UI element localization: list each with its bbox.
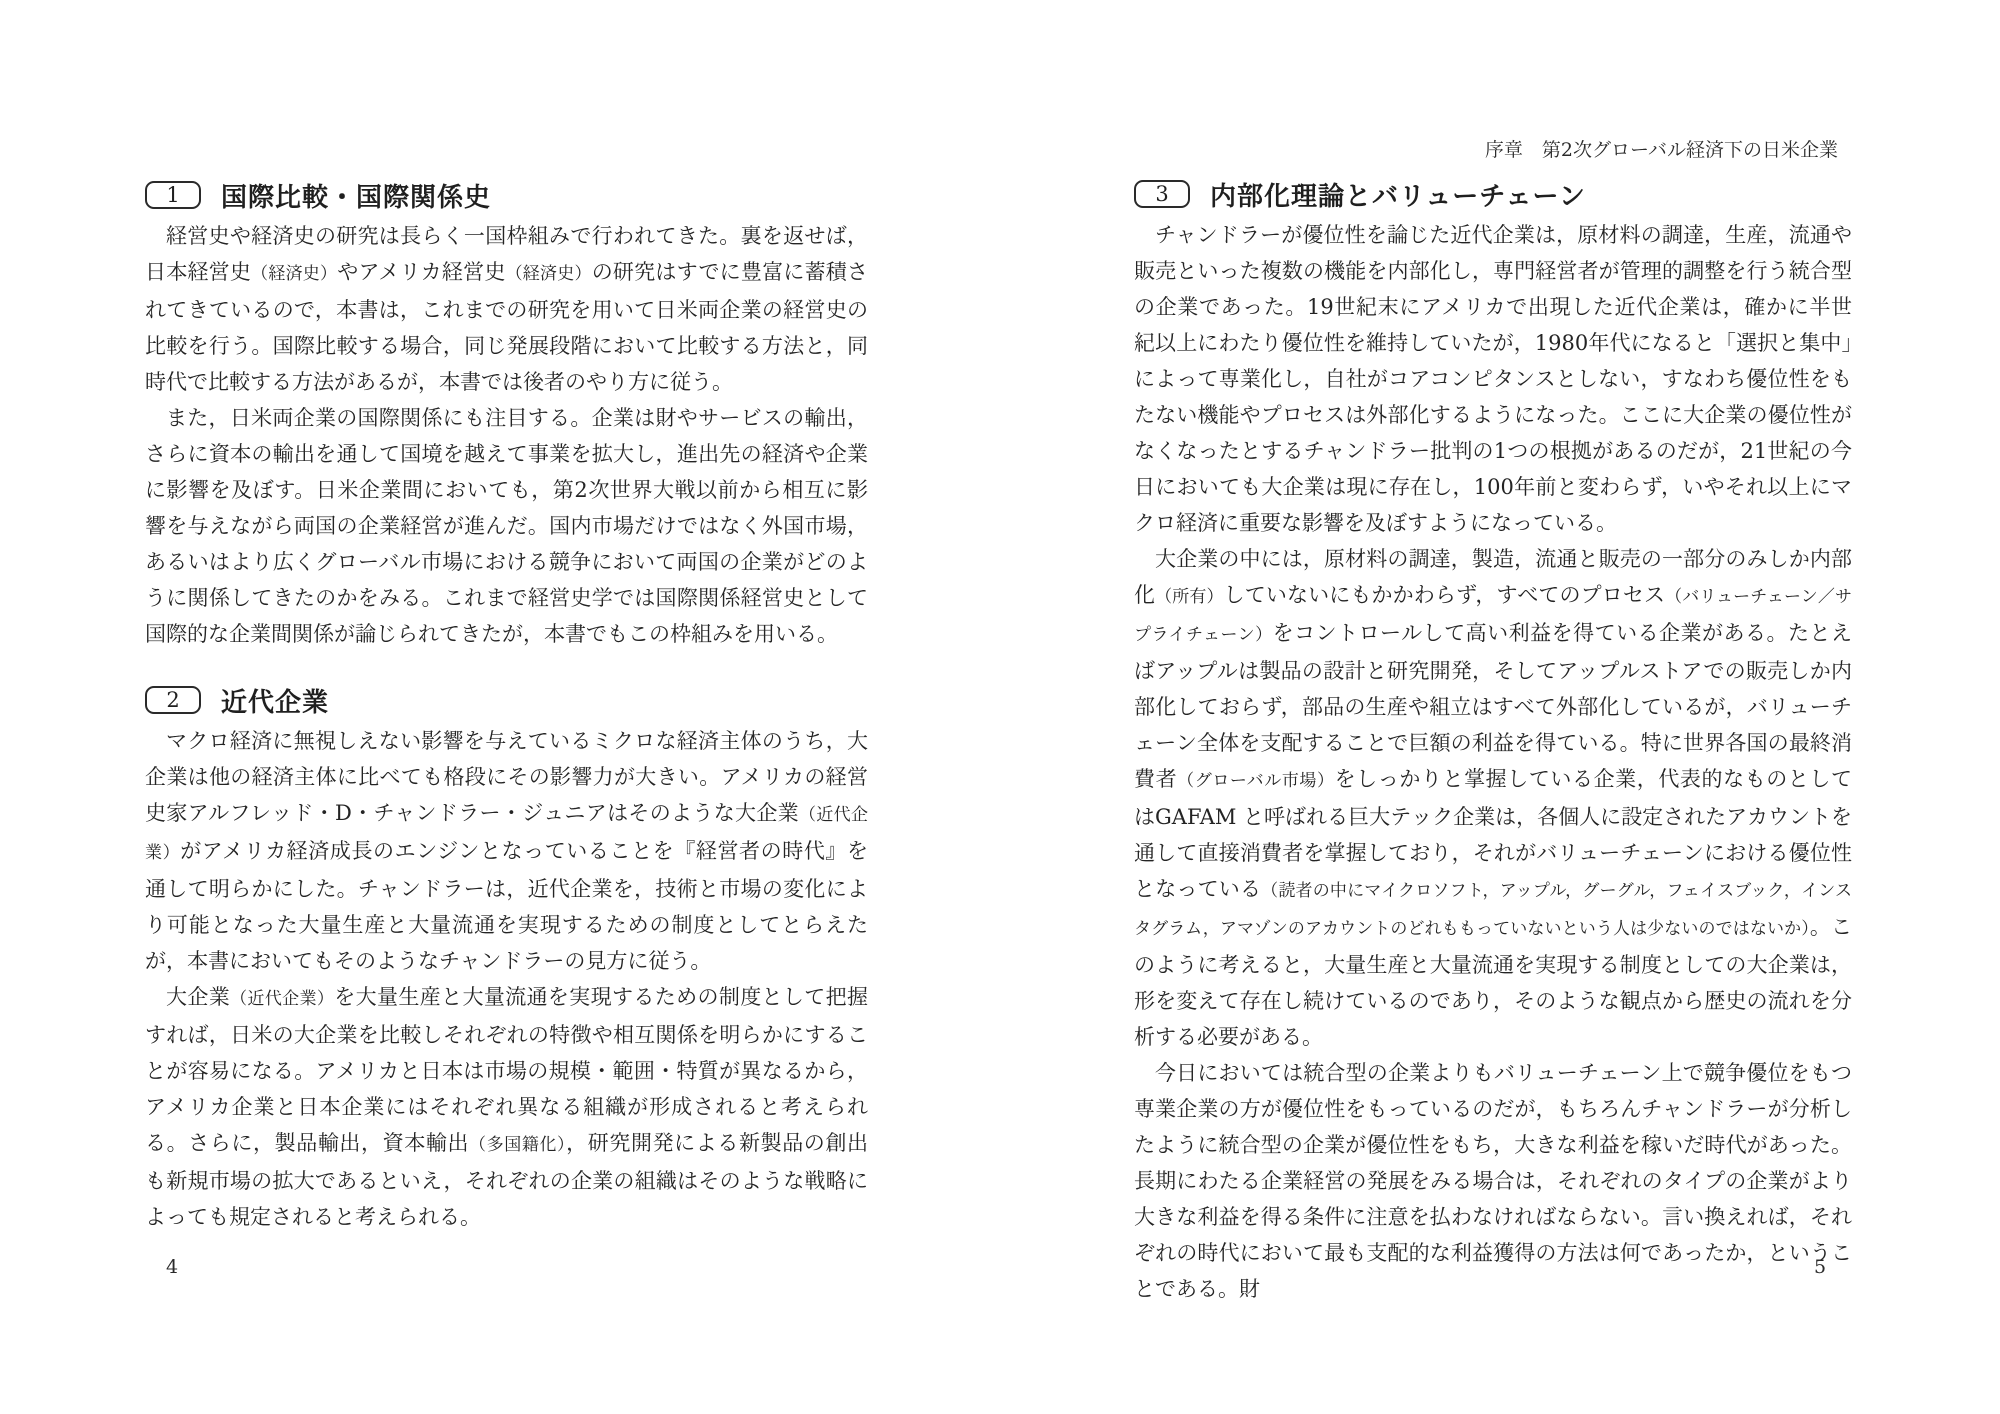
text-run-small: （経済史） <box>251 264 337 284</box>
paragraph: 経営史や経済史の研究は長らく一国枠組みで行われてきた。裏を返せば，日本経営史（経… <box>145 218 868 400</box>
text-run: やアメリカ経営史 <box>337 260 505 284</box>
page-number-left: 4 <box>166 1256 178 1278</box>
section-paragraphs: マクロ経済に無視しえない影響を与えているミクロな経済主体のうち，大企業は他の経済… <box>145 723 868 1235</box>
section-number-badge: 2 <box>145 686 201 714</box>
section-paragraphs: 経営史や経済史の研究は長らく一国枠組みで行われてきた。裏を返せば，日本経営史（経… <box>145 218 868 652</box>
page-left: 1 国際比較・国際関係史 経営史や経済史の研究は長らく一国枠組みで行われてきた。… <box>145 180 868 1235</box>
text-run-small: （グローバル市場） <box>1177 771 1334 791</box>
text-run: チャンドラーが優位性を論じた近代企業は，原材料の調達，生産，流通や販売といった複… <box>1134 223 1852 535</box>
text-run-small: （近代企業） <box>230 989 334 1009</box>
text-run-small: （経済史） <box>506 264 592 284</box>
text-run: を大量生産と大量流通を実現するための制度として把握すれば，日米の大企業を比較しそ… <box>145 985 868 1155</box>
section-heading: 1 国際比較・国際関係史 <box>145 180 868 210</box>
text-run: していないにもかかわらず，すべてのプロセス <box>1224 583 1666 607</box>
book-spread: 1 国際比較・国際関係史 経営史や経済史の研究は長らく一国枠組みで行われてきた。… <box>0 0 2000 1414</box>
section-title: 内部化理論とバリューチェーン <box>1210 176 1586 213</box>
section-heading: 2 近代企業 <box>145 685 868 715</box>
page-right: 序章 第2次グローバル経済下の日米企業 3 内部化理論とバリューチェーン チャン… <box>1134 140 1852 1307</box>
text-run: をコントロールして高い利益を得ている企業がある。たとえばアップルは製品の設計と研… <box>1134 621 1852 791</box>
paragraph: マクロ経済に無視しえない影響を与えているミクロな経済主体のうち，大企業は他の経済… <box>145 723 868 979</box>
text-run-small: （多国籍化） <box>469 1135 566 1155</box>
page-number-right: 5 <box>1814 1256 1826 1278</box>
section-number-badge: 3 <box>1134 180 1190 208</box>
text-run-small: （所有） <box>1155 587 1224 607</box>
paragraph: チャンドラーが優位性を論じた近代企業は，原材料の調達，生産，流通や販売といった複… <box>1134 217 1852 541</box>
section-number-badge: 1 <box>145 181 201 209</box>
running-header: 序章 第2次グローバル経済下の日米企業 <box>1134 140 1852 160</box>
text-run: また，日米両企業の国際関係にも注目する。企業は財やサービスの輸出，さらに資本の輸… <box>145 406 868 646</box>
section-international-comparison: 1 国際比較・国際関係史 経営史や経済史の研究は長らく一国枠組みで行われてきた。… <box>145 180 868 652</box>
section-title: 近代企業 <box>221 682 329 719</box>
section-internalization-theory: 3 内部化理論とバリューチェーン チャンドラーが優位性を論じた近代企業は，原材料… <box>1134 179 1852 1307</box>
paragraph: 今日においては統合型の企業よりもバリューチェーン上で競争優位をもつ専業企業の方が… <box>1134 1055 1852 1307</box>
section-heading: 3 内部化理論とバリューチェーン <box>1134 179 1852 209</box>
section-paragraphs: チャンドラーが優位性を論じた近代企業は，原材料の調達，生産，流通や販売といった複… <box>1134 217 1852 1307</box>
text-run: マクロ経済に無視しえない影響を与えているミクロな経済主体のうち，大企業は他の経済… <box>145 729 868 825</box>
text-run: がアメリカ経済成長のエンジンとなっていることを『経営者の時代』を通して明らかにし… <box>145 839 868 973</box>
paragraph: 大企業（近代企業）を大量生産と大量流通を実現するための制度として把握すれば，日米… <box>145 979 868 1235</box>
section-modern-enterprise: 2 近代企業 マクロ経済に無視しえない影響を与えているミクロな経済主体のうち，大… <box>145 685 868 1235</box>
text-run: 今日においては統合型の企業よりもバリューチェーン上で競争優位をもつ専業企業の方が… <box>1134 1061 1852 1301</box>
section-title: 国際比較・国際関係史 <box>221 177 491 214</box>
paragraph: また，日米両企業の国際関係にも注目する。企業は財やサービスの輸出，さらに資本の輸… <box>145 400 868 652</box>
text-run: 大企業 <box>166 985 230 1009</box>
paragraph: 大企業の中には，原材料の調達，製造，流通と販売の一部分のみしか内部化（所有）して… <box>1134 541 1852 1055</box>
